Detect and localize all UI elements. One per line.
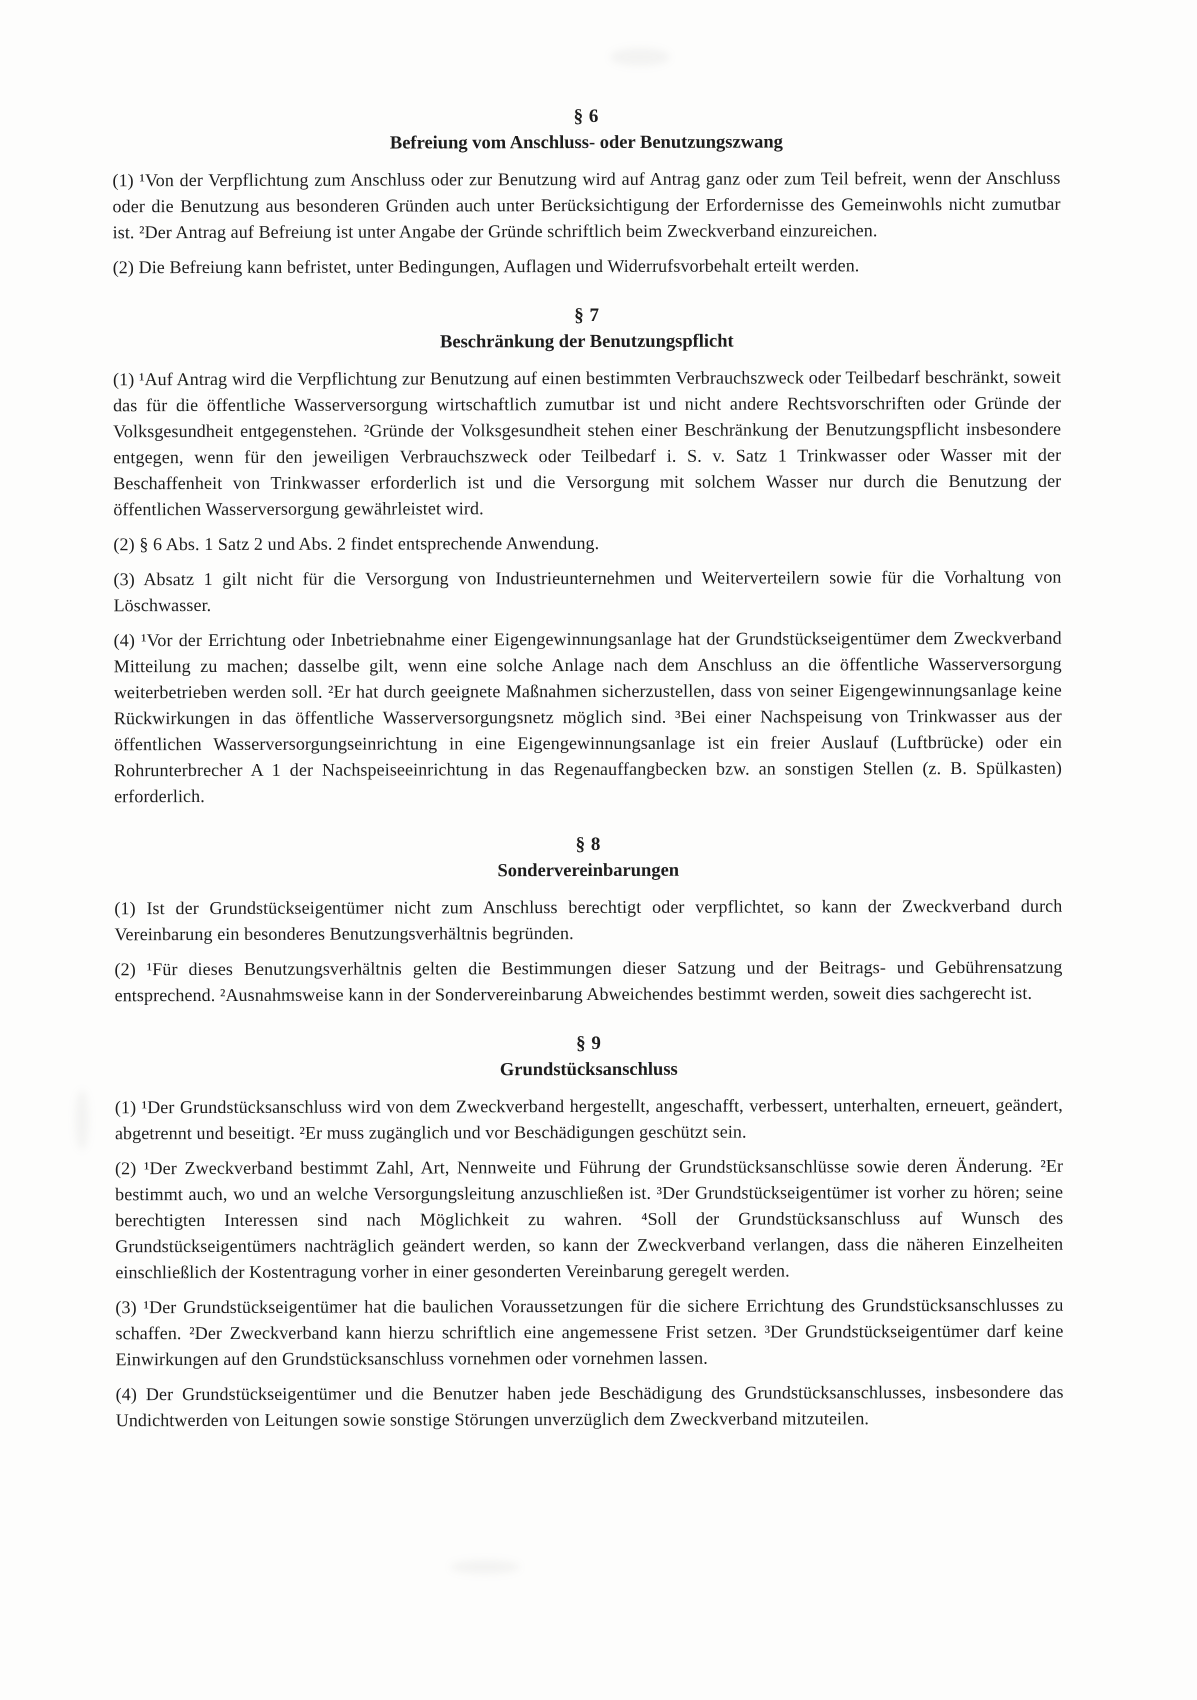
section-number: § 9 bbox=[115, 1030, 1063, 1058]
paragraph: (1) ¹Der Grundstücksanschluss wird von d… bbox=[115, 1092, 1063, 1146]
paragraph: (1) Ist der Grundstückseigentümer nicht … bbox=[114, 893, 1062, 947]
section: § 7Beschränkung der Benutzungspflicht(1)… bbox=[113, 302, 1062, 809]
section-title: Befreiung vom Anschluss- oder Benutzungs… bbox=[112, 129, 1060, 158]
paragraph: (1) ¹Von der Verpflichtung zum Anschluss… bbox=[112, 165, 1060, 245]
paragraph: (2) ¹Der Zweckverband bestimmt Zahl, Art… bbox=[115, 1153, 1063, 1285]
section-number: § 6 bbox=[112, 103, 1060, 131]
paragraph: (2) ¹Für dieses Benutzungsverhältnis gel… bbox=[114, 954, 1062, 1008]
paragraph: (4) ¹Vor der Errichtung oder Inbetriebna… bbox=[114, 625, 1062, 809]
section: § 6Befreiung vom Anschluss- oder Benutzu… bbox=[112, 103, 1060, 280]
section-number: § 7 bbox=[113, 302, 1061, 330]
section-title: Beschränkung der Benutzungspflicht bbox=[113, 328, 1061, 357]
paragraph: (1) ¹Auf Antrag wird die Verpflichtung z… bbox=[113, 364, 1061, 522]
paragraph: (3) Absatz 1 gilt nicht für die Versorgu… bbox=[113, 564, 1061, 618]
scan-smudge bbox=[75, 1090, 89, 1150]
scan-smudge bbox=[610, 48, 670, 66]
section: § 8Sondervereinbarungen(1) Ist der Grund… bbox=[114, 831, 1062, 1008]
document-page: § 6Befreiung vom Anschluss- oder Benutzu… bbox=[0, 0, 1197, 1700]
section-title: Grundstücksanschluss bbox=[115, 1056, 1063, 1085]
paragraph: (3) ¹Der Grundstückseigentümer hat die b… bbox=[115, 1292, 1063, 1372]
scan-smudge bbox=[450, 1560, 520, 1574]
paragraph: (4) Der Grundstückseigentümer und die Be… bbox=[116, 1379, 1064, 1433]
statute-text: § 6Befreiung vom Anschluss- oder Benutzu… bbox=[112, 103, 1063, 1433]
section-number: § 8 bbox=[114, 831, 1062, 859]
section: § 9Grundstücksanschluss(1) ¹Der Grundstü… bbox=[115, 1030, 1064, 1433]
paragraph: (2) Die Befreiung kann befristet, unter … bbox=[113, 252, 1061, 280]
paragraph: (2) § 6 Abs. 1 Satz 2 und Abs. 2 findet … bbox=[113, 529, 1061, 557]
section-title: Sondervereinbarungen bbox=[114, 857, 1062, 886]
